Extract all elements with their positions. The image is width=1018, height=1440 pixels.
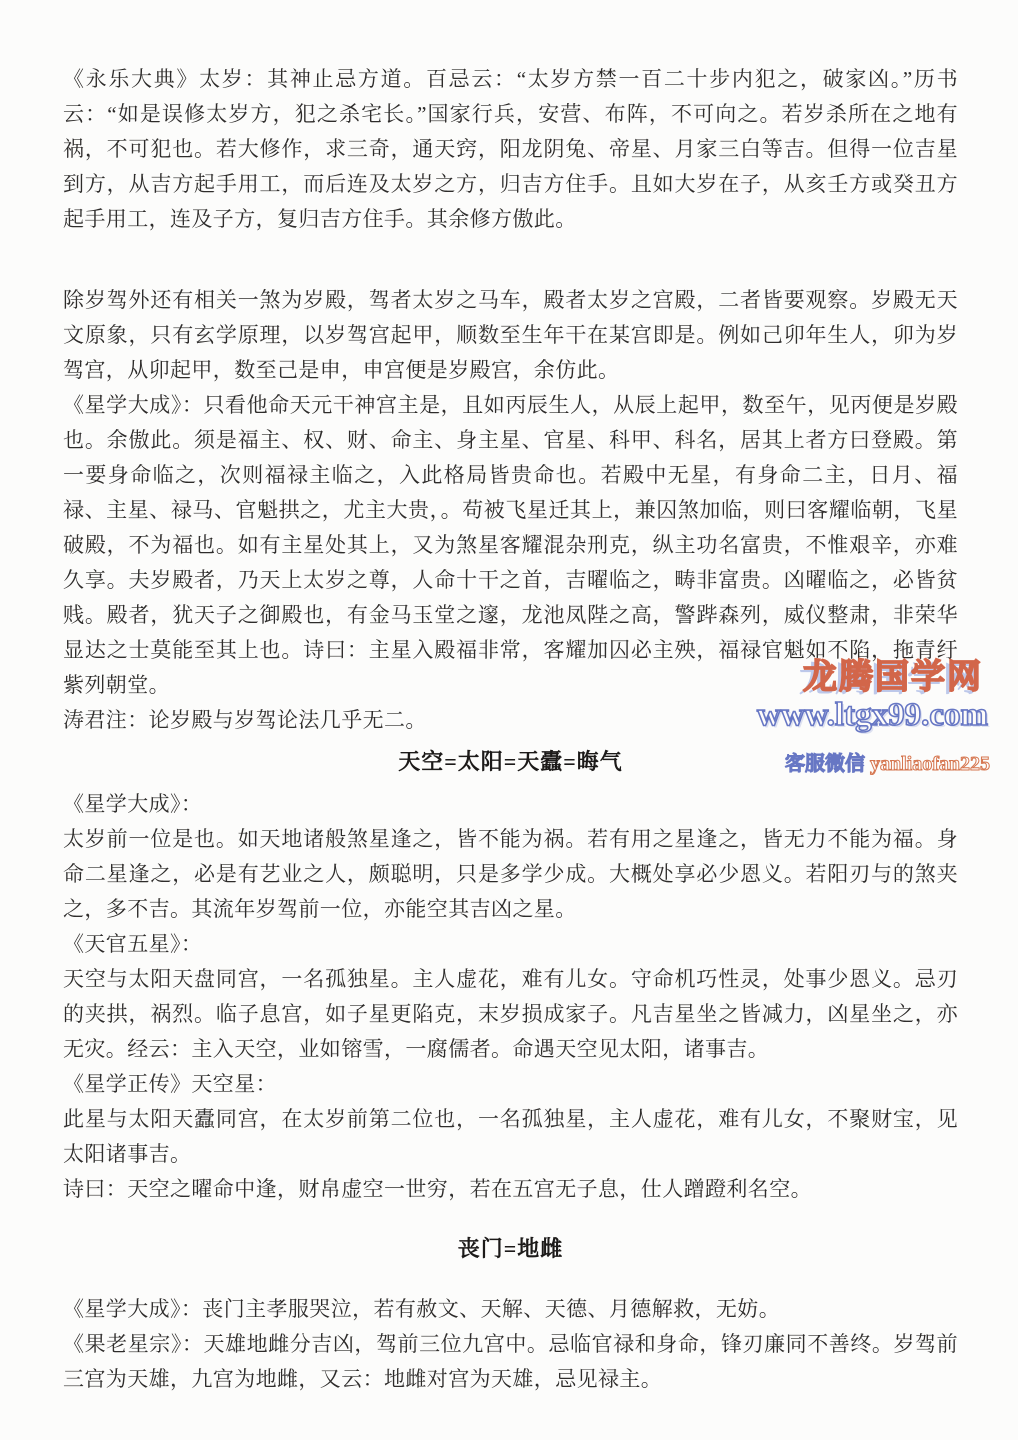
sec3-body: 此星与太阳天蠹同宫，在太岁前第二位也，一名孤独星，主人虚花，难有儿女，不聚财宝，…	[63, 1102, 958, 1172]
sec1-source-title: 《星学大成》：	[63, 787, 958, 822]
section-heading-tiankong: 天空=太阳=天蠹=晦气	[63, 744, 958, 779]
sec2-body: 天空与太阳天盘同宫，一名孤独星。主人虚花，难有儿女。守命机巧性灵，处事少恩义。忌…	[63, 962, 958, 1067]
sec1-body: 太岁前一位是也。如天地诸般煞星逢之，皆不能为祸。若有用之星逢之，皆无力不能为福。…	[63, 822, 958, 927]
sec2-source-title: 《天官五星》：	[63, 927, 958, 962]
sec4-line: 《星学大成》：丧门主孝服哭泣，若有赦文、天解、天德、月德解救，无妨。	[63, 1292, 958, 1327]
paragraph-xingxue-dacheng-suidian: 《星学大成》：只看他命天元干神宫主是，且如丙辰生人，从辰上起甲，数至午，见丙便是…	[63, 388, 958, 703]
document-page: 《永乐大典》太岁：其神止忌方道。百忌云：“太岁方禁一百二十步内犯之，破家凶。”历…	[0, 0, 1018, 1440]
note-taojun: 涛君注：论岁殿与岁驾论法几乎无二。	[63, 703, 958, 738]
sec5-line: 《果老星宗》：天雄地雌分吉凶，驾前三位九宫中。忌临官禄和身命，锋刃廉同不善终。岁…	[63, 1327, 958, 1397]
sec3-source-title: 《星学正传》天空星：	[63, 1067, 958, 1102]
paragraph-suidian-intro: 除岁驾外还有相关一煞为岁殿，驾者太岁之马车，殿者太岁之宫殿，二者皆要观察。岁殿无…	[63, 283, 958, 388]
paragraph-yongle-dadian: 《永乐大典》太岁：其神止忌方道。百忌云：“太岁方禁一百二十步内犯之，破家凶。”历…	[63, 62, 958, 237]
sec3-poem: 诗曰：天空之曜命中逢，财帛虚空一世穷，若在五宫无子息，仕人蹭蹬利名空。	[63, 1172, 958, 1207]
section-heading-sangmen: 丧门=地雌	[63, 1231, 958, 1266]
